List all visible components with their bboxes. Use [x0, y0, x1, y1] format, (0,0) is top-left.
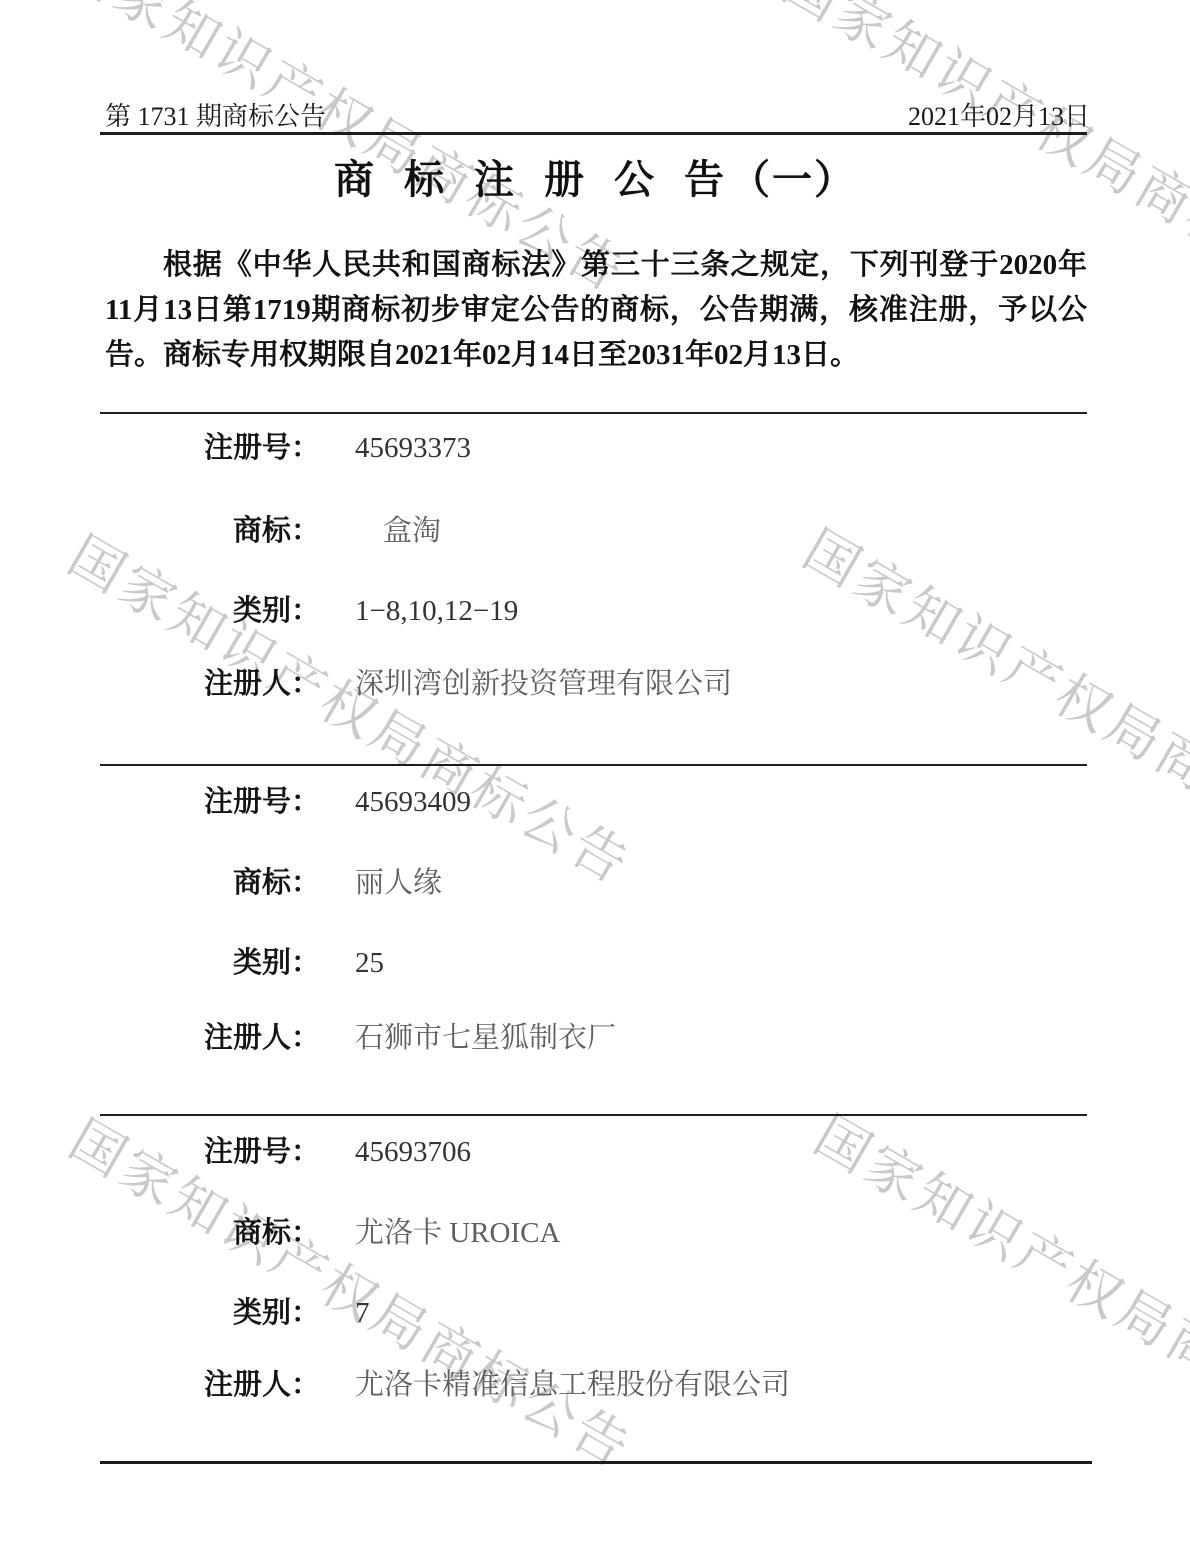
category-value: 7 [355, 1296, 370, 1330]
registrant-label: 注册人： [100, 1021, 320, 1055]
table-row: 注册号：45693706 [100, 1135, 471, 1169]
trademark-label: 商标： [100, 514, 320, 548]
bottom-rule [100, 1461, 1092, 1464]
reg-no-value: 45693409 [355, 785, 471, 819]
gazette-page: 国家知识产权局商标公告 国家知识产权局商标公告 国家知识产权局商标公告 国家知识… [0, 0, 1190, 1564]
intro-paragraph: 根据《中华人民共和国商标法》第三十三条之规定，下列刊登于2020年11月13日第… [105, 243, 1087, 378]
table-row: 类别：25 [100, 946, 384, 980]
table-row: 类别：7 [100, 1296, 370, 1330]
watermark-middle-right: 国家知识产权局商标公告 [792, 508, 1190, 894]
table-row: 注册人：石狮市七星狐制衣厂 [100, 1021, 616, 1055]
page-title: 商标注册公告（一） [0, 148, 1190, 205]
watermark-middle-left: 国家知识产权局商标公告 [57, 514, 648, 900]
trademark-value: 盒淘 [383, 514, 441, 548]
entry-divider [100, 412, 1087, 414]
page-title-main: 商标注册公告 [334, 157, 754, 202]
category-value: 25 [355, 946, 384, 980]
table-row: 注册号：45693409 [100, 785, 471, 819]
reg-no-label: 注册号： [100, 1135, 320, 1169]
category-value: 1−8,10,12−19 [355, 594, 518, 628]
trademark-label: 商标： [100, 1216, 320, 1250]
entry-divider [100, 1114, 1087, 1116]
registrant-label: 注册人： [100, 1368, 320, 1402]
registrant-value: 深圳湾创新投资管理有限公司 [355, 667, 732, 701]
category-label: 类别： [100, 946, 320, 980]
registrant-value: 尤洛卡精准信息工程股份有限公司 [355, 1368, 790, 1402]
reg-no-label: 注册号： [100, 785, 320, 819]
registrant-label: 注册人： [100, 667, 320, 701]
page-title-suffix: （一） [730, 157, 856, 202]
category-label: 类别： [100, 1296, 320, 1330]
entry-divider [100, 764, 1087, 766]
watermark-bottom-right: 国家知识产权局商标公告 [803, 1094, 1190, 1480]
table-row: 注册人：尤洛卡精准信息工程股份有限公司 [100, 1368, 790, 1402]
trademark-value: 丽人缘 [355, 866, 442, 900]
reg-no-value: 45693706 [355, 1135, 471, 1169]
trademark-label: 商标： [100, 866, 320, 900]
table-row: 商标：盒淘 [100, 514, 441, 548]
table-row: 注册号：45693373 [100, 431, 471, 465]
table-row: 商标：丽人缘 [100, 866, 442, 900]
gazette-issue-label: 第 1731 期商标公告 [105, 96, 326, 133]
reg-no-label: 注册号： [100, 431, 320, 465]
gazette-date: 2021年02月13日 [908, 96, 1090, 133]
category-label: 类别： [100, 594, 320, 628]
registrant-value: 石狮市七星狐制衣厂 [355, 1021, 616, 1055]
reg-no-value: 45693373 [355, 431, 471, 465]
header-rule [100, 132, 1087, 135]
table-row: 注册人：深圳湾创新投资管理有限公司 [100, 667, 732, 701]
table-row: 商标：尤洛卡 UROICA [100, 1216, 560, 1250]
trademark-value: 尤洛卡 UROICA [355, 1216, 560, 1250]
table-row: 类别：1−8,10,12−19 [100, 594, 518, 628]
